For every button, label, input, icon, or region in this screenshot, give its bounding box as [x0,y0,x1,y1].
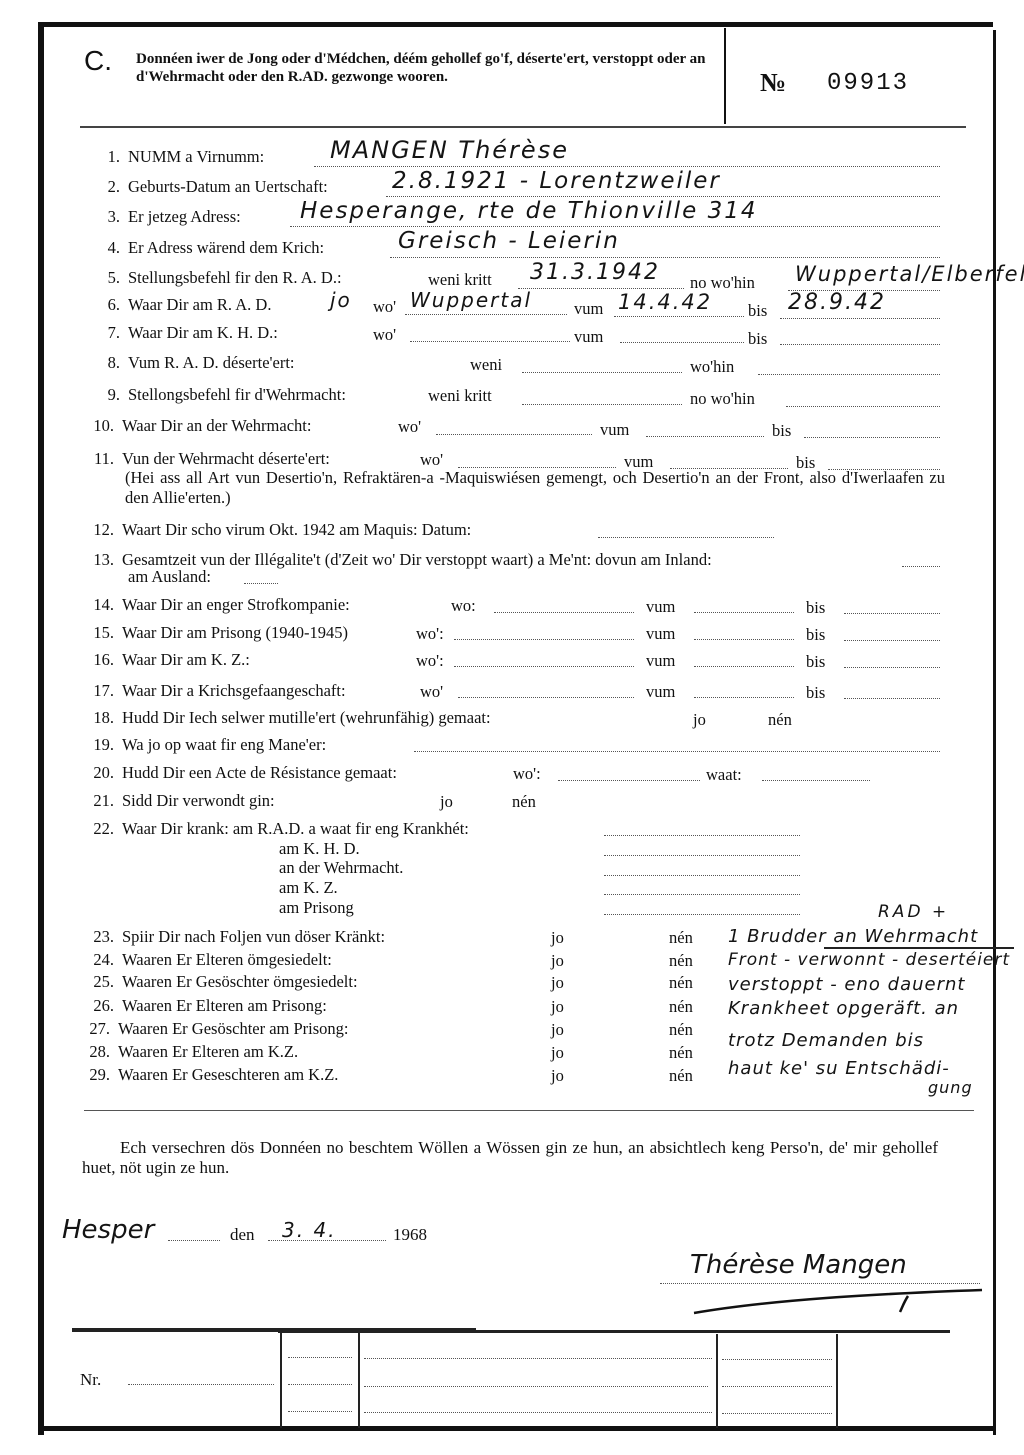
question-number: 29. [82,1065,110,1085]
footer-col-divider-3 [716,1334,718,1428]
option-jo[interactable]: jo [551,1066,564,1086]
frame-top-border [38,22,993,27]
question-label: Er jetzeg Adress: [128,207,241,226]
question-label: Waar Dir am R. A. D. [128,295,271,314]
question-number: 21. [86,791,114,811]
question-number: 18. [86,708,114,728]
question-16: 16.Waar Dir am K. Z.: [86,650,250,670]
question-label: Waar Dir krank: am R.A.D. a waat fir eng… [122,819,469,838]
vum-label: vum [646,624,675,644]
signature-date: 3. 4. [282,1218,337,1242]
answer-birth: 2.8.1921 - Lorentzweiler [392,168,721,194]
answer-address: Hesperange, rte de Thionville 314 [300,198,757,224]
question-10: 10.Waar Dir an der Wehrmacht: [86,416,311,436]
frame-right-border [993,30,996,1435]
question-label: Waar Dir am K. Z.: [122,650,250,669]
illness-kz-label: am K. Z. [279,878,338,898]
answer-line-6-wo[interactable] [405,314,567,315]
answer-rad-from: 14.4.42 [618,290,712,314]
footer-top-border-right [278,1330,950,1333]
question-label: Waar Dir am K. H. D.: [128,323,278,342]
form-number: 09913 [827,70,909,97]
answer-line-15-vum[interactable] [694,639,794,640]
wo-label: wo' [398,417,421,437]
question-27: 27.Waaren Er Gesöschter am Prisong: [82,1019,349,1039]
header-rule [80,126,966,128]
question-label: Waart Dir scho virum Okt. 1942 am Maquis… [122,520,418,539]
answer-line-1[interactable] [314,166,940,167]
footer-col-divider-2 [358,1332,360,1428]
datum-label: Datum: [422,520,472,539]
handwritten-note-line-5: trotz Demanden bis [728,1030,924,1051]
answer-line-8-weni[interactable] [522,372,682,373]
question-label: Waar Dir an der Wehrmacht: [122,416,311,435]
question-2: 2.Geburts-Datum an Uertschaft: [92,177,328,197]
wo-label: wo': [513,764,541,784]
question-5: 5.Stellungsbefehl fir den R. A. D.: [92,268,342,288]
weni-label: weni kritt [428,270,492,290]
handwritten-note-line-4: Krankheet opgeräft. an [728,998,959,1019]
illness-wehrmacht-label: an der Wehrmacht. [279,858,403,878]
question-11: 11.Vun der Wehrmacht déserte'ert: [86,449,330,469]
question-28: 28.Waaren Er Elteren am K.Z. [82,1042,298,1062]
wohin-label: no wo'hin [690,389,755,409]
question-label: Waaren Er Gesöschter am Prisong: [118,1019,349,1038]
answer-line-22-khd[interactable] [604,855,800,856]
footer-col-divider-4 [836,1334,838,1428]
wo-label: wo' [420,450,443,470]
question-22: 22.Waar Dir krank: am R.A.D. a waat fir … [86,819,469,839]
question-label: Hudd Dir Iech selwer mutille'ert (wehrun… [122,708,491,727]
answer-line-19[interactable] [414,751,940,752]
footer-field-c3-r1[interactable] [722,1359,832,1360]
footer-field-c3-r3[interactable] [722,1413,832,1414]
wo-label: wo: [451,596,476,616]
question-number: 8. [92,353,120,373]
bis-label: bis [806,598,825,618]
question-label: Sidd Dir verwondt gin: [122,791,275,810]
place-line[interactable] [168,1240,220,1241]
footer-field-c1-r2[interactable] [288,1384,352,1385]
question-number: 12. [86,520,114,540]
form-title: Donnéen iwer de Jong oder d'Médchen, déé… [136,50,706,86]
question-label: Waaren Er Geseschteren am K.Z. [118,1065,338,1084]
answer-rad-location: Wuppertal [410,288,532,312]
question-number: 7. [92,323,120,343]
answer-line-20-wo[interactable] [558,780,700,781]
weni-label: weni [470,355,502,375]
option-nen[interactable]: nén [669,973,693,993]
answer-line-2[interactable] [386,196,940,197]
question-label: Wa jo op waat fir eng Mane'er: [122,735,326,754]
bis-label: bis [806,625,825,645]
answer-line-8-wohin[interactable] [758,374,940,375]
answer-line-20-waat[interactable] [762,780,870,781]
question-label: Waaren Er Elteren am Prisong: [122,996,327,1015]
question-label: Waar Dir an enger Strofkompanie: [122,595,350,614]
answer-line-14-wo[interactable] [494,612,634,613]
question-number: 3. [92,207,120,227]
option-jo[interactable]: jo [551,973,564,993]
option-nen[interactable]: nén [669,928,693,948]
question-label: Hudd Dir een Acte de Résistance gemaat: [122,763,397,782]
question-14: 14.Waar Dir an enger Strofkompanie: [86,595,350,615]
handwritten-note-line-1: 1 Brudder an Wehrmacht [728,926,978,947]
answer-line-10-wo[interactable] [436,434,592,435]
nr-field[interactable] [128,1384,274,1385]
illness-prisong-label: am Prisong [279,898,354,918]
answer-line-10-vum[interactable] [646,436,764,437]
question-label: Vum R. A. D. déserte'ert: [128,353,295,372]
question-9: 9.Stellongsbefehl fir d'Wehrmacht: [92,385,346,405]
answer-line-14-vum[interactable] [694,612,794,613]
question-label: Waar Dir a Krichsgefaangeschaft: [122,681,346,700]
signature-flourish [690,1288,990,1318]
question-29: 29.Waaren Er Geseschteren am K.Z. [82,1065,338,1085]
question-label: Waaren Er Elteren ömgesiedelt: [122,950,332,969]
question-23: 23.Spiir Dir nach Foljen vun döser Kränk… [86,927,385,947]
question-number: 10. [86,416,114,436]
question-12: 12.Waart Dir scho virum Okt. 1942 am Maq… [86,520,471,540]
answer-line-4[interactable] [390,257,940,258]
question-24: 24.Waaren Er Elteren ömgesiedelt: [86,950,332,970]
question-number: 19. [86,735,114,755]
signature-place: Hesper [62,1215,154,1245]
question-7: 7.Waar Dir am K. H. D.: [92,323,278,343]
option-nen[interactable]: nén [669,1066,693,1086]
question-18: 18.Hudd Dir Iech selwer mutille'ert (weh… [86,708,491,728]
vum-label: vum [574,327,603,347]
question-1: 1.NUMM a Virnumm: [92,147,264,167]
question-4: 4.Er Adress wärend dem Krich: [92,238,324,258]
question-number: 26. [86,996,114,1016]
signature: Thérèse Mangen [690,1250,907,1280]
wohin-label: wo'hin [690,357,734,377]
answer-line-13-ausland[interactable] [244,583,278,584]
frame-left-border [38,22,44,1435]
question-number: 1. [92,147,120,167]
answer-line-17-wo[interactable] [458,697,634,698]
answer-jo-mark: jo [330,288,352,312]
answer-line-22-rad[interactable] [604,835,800,836]
wo-label: wo' [420,682,443,702]
question-number: 25. [86,972,114,992]
answer-line-7-wo[interactable] [410,341,570,342]
question-8: 8.Vum R. A. D. déserte'ert: [92,353,295,373]
question-19: 19.Wa jo op waat fir eng Mane'er: [86,735,326,755]
answer-line-15-wo[interactable] [454,639,634,640]
question-number: 4. [92,238,120,258]
question-number: 13. [86,550,114,570]
question-label: Er Adress wärend dem Krich: [128,238,324,257]
handwritten-note-line-7: gung [928,1078,973,1097]
option-nen[interactable]: nén [669,1020,693,1040]
bis-label: bis [806,683,825,703]
question-label: Geburts-Datum an Uertschaft: [128,177,328,196]
answer-line-17-bis[interactable] [844,698,940,699]
note-underline [824,947,1014,949]
question-26: 26.Waaren Er Elteren am Prisong: [86,996,327,1016]
question-number: 24. [86,950,114,970]
question-label: Waar Dir am Prisong (1940-1945) [122,623,348,642]
answer-line-15-bis[interactable] [844,640,940,641]
question-number: 17. [86,681,114,701]
question-17: 17.Waar Dir a Krichsgefaangeschaft: [86,681,346,701]
answer-line-9-wohin[interactable] [786,406,940,407]
illness-khd-label: am K. H. D. [279,839,360,859]
bis-label: bis [772,421,791,441]
vum-label: vum [646,651,675,671]
option-nen[interactable]: nén [669,997,693,1017]
footer-field-c1-r1[interactable] [288,1357,352,1358]
ausland-label: am Ausland: [128,567,211,587]
footer-field-c2-r1[interactable] [364,1358,712,1359]
question-label: NUMM a Virnumm: [128,147,264,166]
option-jo[interactable]: jo [551,997,564,1017]
footer-field-c2-r2[interactable] [364,1386,708,1387]
handwritten-note-line-0: RAD + [878,902,949,922]
question-25: 25.Waaren Er Gesöschter ömgesiedelt: [86,972,358,992]
bis-label: bis [748,329,767,349]
question-number: 20. [86,763,114,783]
signature-line[interactable] [660,1283,980,1284]
answer-rad-place: Wuppertal/Elberfeld [795,262,1024,286]
number-sign: № [760,68,786,98]
wo-label: wo' [373,325,396,345]
question-11-note: (Hei ass all Art vun Desertio'n, Refrakt… [125,468,945,508]
weni-label: weni kritt [428,386,492,406]
answer-line-22-kz[interactable] [604,894,800,895]
option-nen[interactable]: nén [669,1043,693,1063]
option-nen[interactable]: nén [669,951,693,971]
question-3: 3.Er jetzeg Adress: [92,207,241,227]
option-nen[interactable]: nén [768,710,792,730]
waat-label: waat: [706,765,742,785]
footer-field-c3-r2[interactable] [722,1386,832,1387]
option-jo[interactable]: jo [440,792,453,812]
answer-line-14-bis[interactable] [844,613,940,614]
handwritten-note-line-2: Front - verwonnt - desertéiert [728,950,1010,970]
frame-bottom-border [38,1426,996,1431]
option-nen[interactable]: nén [512,792,536,812]
question-number: 16. [86,650,114,670]
answer-line-12[interactable] [598,537,774,538]
question-label: Waaren Er Elteren am K.Z. [118,1042,298,1061]
question-label: Stellongsbefehl fir d'Wehrmacht: [128,385,346,404]
question-number: 23. [86,927,114,947]
wo-label: wo': [416,651,444,671]
question-number: 5. [92,268,120,288]
declaration-rule [84,1110,974,1111]
question-number: 9. [92,385,120,405]
option-jo[interactable]: jo [551,951,564,971]
wo-label: wo' [373,297,396,317]
answer-line-16-vum[interactable] [694,666,794,667]
footer-field-c2-r3[interactable] [364,1412,712,1413]
option-jo[interactable]: jo [551,1020,564,1040]
answer-line-6-vum[interactable] [614,316,744,317]
question-number: 14. [86,595,114,615]
footer-col-divider-1 [280,1332,282,1428]
wo-label: wo': [416,624,444,644]
vum-label: vum [600,420,629,440]
handwritten-note-line-3: verstoppt - eno dauernt [728,974,965,995]
section-letter: C. [84,45,112,77]
answer-line-16-bis[interactable] [844,667,940,668]
question-6: 6.Waar Dir am R. A. D. [92,295,271,315]
question-21: 21.Sidd Dir verwondt gin: [86,791,275,811]
vum-label: vum [646,682,675,702]
question-label: Vun der Wehrmacht déserte'ert: [122,449,330,468]
answer-line-9-weni[interactable] [522,404,682,405]
answer-rad-to: 28.9.42 [788,290,886,315]
declaration-text: Ech versechren dös Donnéen no beschtem W… [82,1138,938,1178]
vum-label: vum [574,299,603,319]
answer-line-10-bis[interactable] [804,437,940,438]
handwritten-note-line-6: haut ke' su Entschädi- [728,1058,950,1079]
question-20: 20.Hudd Dir een Acte de Résistance gemaa… [86,763,397,783]
answer-line-5-date[interactable] [518,288,684,289]
question-number: 15. [86,623,114,643]
answer-line-7-vum[interactable] [620,342,744,343]
question-number: 27. [82,1019,110,1039]
option-jo[interactable]: jo [693,710,706,730]
question-label: Stellungsbefehl fir den R. A. D.: [128,268,342,287]
bis-label: bis [748,301,767,321]
footer-field-c1-r3[interactable] [288,1411,352,1412]
answer-line-13-inland[interactable] [902,566,940,567]
answer-rad-order-date: 31.3.1942 [530,260,660,285]
answer-name: MANGEN Thérèse [330,136,569,164]
question-number: 6. [92,295,120,315]
question-number: 28. [82,1042,110,1062]
question-label: Spiir Dir nach Foljen vun döser Kränkt: [122,927,385,946]
answer-line-6-bis[interactable] [780,318,940,319]
answer-line-22-prisong[interactable] [604,914,800,915]
option-jo[interactable]: jo [551,928,564,948]
answer-line-3[interactable] [290,226,940,227]
bis-label: bis [806,652,825,672]
question-number: 22. [86,819,114,839]
question-number: 2. [92,177,120,197]
answer-line-16-wo[interactable] [454,666,634,667]
den-label: den [230,1225,255,1245]
nr-label: Nr. [80,1370,101,1390]
answer-line-17-vum[interactable] [694,697,794,698]
question-number: 11. [86,449,114,469]
option-jo[interactable]: jo [551,1043,564,1063]
answer-line-7-bis[interactable] [780,344,940,345]
answer-line-22-wehrmacht[interactable] [604,875,800,876]
answer-wartime-address: Greisch - Leierin [398,228,620,254]
vum-label: vum [646,597,675,617]
header-divider [724,28,726,124]
question-label: Waaren Er Gesöschter ömgesiedelt: [122,972,358,991]
question-15: 15.Waar Dir am Prisong (1940-1945) [86,623,348,643]
signature-year: 1968 [393,1225,427,1245]
